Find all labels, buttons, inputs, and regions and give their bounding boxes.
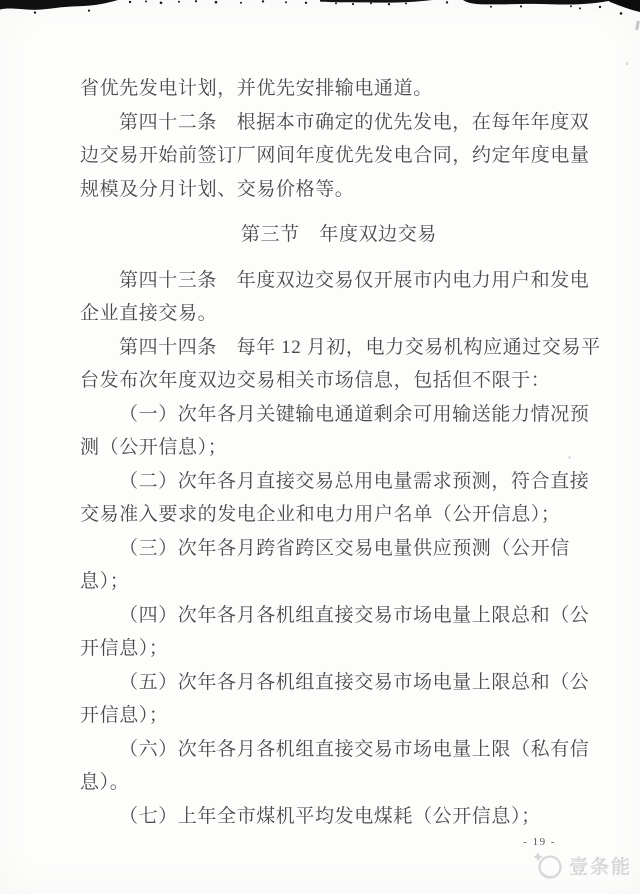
- text-line: （三）次年各月跨省跨区交易电量供应预测（公开信: [80, 532, 564, 566]
- text-line: 企业直接交易。: [80, 297, 564, 331]
- text-line: （六）次年各月各机组直接交易市场电量上限（私有信: [80, 733, 564, 767]
- scanned-page: 省优先发电计划，并优先安排输电通道。 第四十二条 根据本市确定的优先发电，在每年…: [0, 0, 640, 894]
- text-line: 规模及分月计划、交易价格等。: [80, 173, 564, 207]
- text-line: 边交易开始前签订厂网间年度优先发电合同，约定年度电量: [80, 139, 564, 173]
- text-line: 省优先发电计划，并优先安排输电通道。: [80, 72, 564, 106]
- scan-speck: [568, 456, 571, 459]
- text-line: （七）上年全市煤机平均发电煤耗（公开信息）；: [80, 800, 564, 834]
- text-line: 息）；: [80, 565, 564, 599]
- watermark-label: 壹条能: [569, 852, 632, 879]
- document-body: 省优先发电计划，并优先安排输电通道。 第四十二条 根据本市确定的优先发电，在每年…: [80, 72, 564, 833]
- text-line: 开信息）；: [80, 699, 564, 733]
- text-line: 息）。: [80, 766, 564, 800]
- text-line: （一）次年各月关键输电通道剩余可用输送能力情况预: [80, 398, 564, 432]
- moon-star-icon: [530, 849, 564, 881]
- text-line: 开信息）；: [80, 632, 564, 666]
- page-number: - 19 -: [523, 836, 556, 848]
- text-line: （四）次年各月各机组直接交易市场电量上限总和（公: [80, 599, 564, 633]
- scan-speck: [635, 21, 640, 30]
- text-line: 测（公开信息）；: [80, 431, 564, 465]
- scan-speck: [626, 62, 628, 65]
- watermark: 壹条能: [530, 849, 632, 881]
- text-line: （五）次年各月各机组直接交易市场电量上限总和（公: [80, 666, 564, 700]
- scan-artifact-top-edge: [0, 0, 640, 20]
- text-line: （二）次年各月直接交易总用电量需求预测，符合直接: [80, 465, 564, 499]
- text-line: 台发布次年度双边交易相关市场信息，包括但不限于：: [80, 364, 564, 398]
- text-line: 第四十二条 根据本市确定的优先发电，在每年年度双: [80, 106, 564, 140]
- text-line: 第四十三条 年度双边交易仅开展市内电力用户和发电: [80, 264, 564, 298]
- text-line: 交易准入要求的发电企业和电力用户名单（公开信息）；: [80, 498, 564, 532]
- section-heading: 第三节 年度双边交易: [80, 218, 564, 252]
- text-line: 第四十四条 每年 12 月初，电力交易机构应通过交易平: [80, 331, 564, 365]
